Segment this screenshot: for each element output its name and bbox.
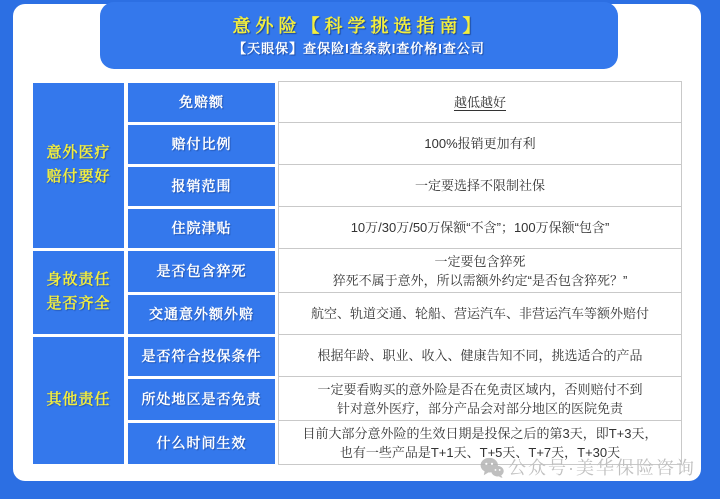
- group-rows: 是否包含猝死一定要包含猝死猝死不属于意外，所以需额外约定“是否包含猝死？”交通意…: [128, 249, 682, 335]
- row-value-line: 10万/30万/50万保额“不含”；100万保额“包含”: [351, 218, 610, 237]
- row-value-line: 一定要选择不限制社保: [415, 176, 545, 195]
- table-row: 交通意外额外赔航空、轨道交通、轮船、营运汽车、非营运汽车等额外赔付: [128, 293, 682, 335]
- row-value-line: 目前大部分意外险的生效日期是投保之后的第3天，即T+3天，: [303, 424, 658, 443]
- row-label: 交通意外额外赔: [128, 295, 275, 334]
- row-value: 越低越好: [278, 81, 682, 123]
- table-row: 报销范围一定要选择不限制社保: [128, 165, 682, 207]
- header-banner: 意外险【科学挑选指南】 【天眼保】查保险I查条款I查价格I查公司: [100, 2, 618, 69]
- row-value-line: 猝死不属于意外，所以需额外约定“是否包含猝死？”: [333, 271, 628, 290]
- table-group: 意外医疗赔付要好免赔额越低越好赔付比例100%报销更加有利报销范围一定要选择不限…: [33, 81, 682, 249]
- row-label: 报销范围: [128, 167, 275, 206]
- row-value-line: 航空、轨道交通、轮船、营运汽车、非营运汽车等额外赔付: [311, 304, 649, 323]
- row-label: 是否符合投保条件: [128, 337, 275, 376]
- row-value-line: 一定要包含猝死: [434, 252, 525, 271]
- row-label: 赔付比例: [128, 125, 275, 164]
- row-label: 免赔额: [128, 83, 275, 122]
- row-value: 100%报销更加有利: [278, 123, 682, 165]
- group-label-line: 赔付要好: [46, 165, 110, 189]
- table-group: 其他责任是否符合投保条件根据年龄、职业、收入、健康告知不同，挑选适合的产品所处地…: [33, 335, 682, 465]
- row-value: 一定要选择不限制社保: [278, 165, 682, 207]
- row-value: 航空、轨道交通、轮船、营运汽车、非营运汽车等额外赔付: [278, 293, 682, 335]
- row-value-line: 越低越好: [454, 93, 506, 112]
- row-value-line: 100%报销更加有利: [424, 134, 535, 153]
- footer-watermark: 公众号·美华保险咨询: [480, 454, 696, 480]
- wechat-icon: [480, 457, 504, 478]
- group-label: 其他责任: [33, 337, 124, 464]
- group-label-line: 意外医疗: [46, 141, 110, 165]
- row-label: 什么时间生效: [128, 423, 275, 464]
- group-label-line: 其他责任: [46, 388, 110, 412]
- page-subtitle: 【天眼保】查保险I查条款I查价格I查公司: [233, 40, 485, 58]
- group-label: 身故责任是否齐全: [33, 251, 124, 334]
- row-value-line: 针对意外医疗，部分产品会对部分地区的医院免责: [337, 399, 623, 418]
- group-rows: 免赔额越低越好赔付比例100%报销更加有利报销范围一定要选择不限制社保住院津贴1…: [128, 81, 682, 249]
- group-rows: 是否符合投保条件根据年龄、职业、收入、健康告知不同，挑选适合的产品所处地区是否免…: [128, 335, 682, 465]
- table-row: 所处地区是否免责一定要看购买的意外险是否在免责区域内，否则赔付不到针对意外医疗，…: [128, 377, 682, 421]
- row-label: 住院津贴: [128, 209, 275, 248]
- group-label-line: 是否齐全: [46, 292, 110, 316]
- row-value-line: 一定要看购买的意外险是否在免责区域内，否则赔付不到: [317, 380, 642, 399]
- row-value: 根据年龄、职业、收入、健康告知不同，挑选适合的产品: [278, 335, 682, 377]
- selection-guide-table: 意外医疗赔付要好免赔额越低越好赔付比例100%报销更加有利报销范围一定要选择不限…: [33, 81, 682, 465]
- table-group: 身故责任是否齐全是否包含猝死一定要包含猝死猝死不属于意外，所以需额外约定“是否包…: [33, 249, 682, 335]
- row-value: 一定要包含猝死猝死不属于意外，所以需额外约定“是否包含猝死？”: [278, 249, 682, 293]
- row-value: 10万/30万/50万保额“不含”；100万保额“包含”: [278, 207, 682, 249]
- watermark-text: 公众号·美华保险咨询: [508, 454, 696, 480]
- group-label: 意外医疗赔付要好: [33, 83, 124, 248]
- table-row: 是否符合投保条件根据年龄、职业、收入、健康告知不同，挑选适合的产品: [128, 335, 682, 377]
- row-label: 是否包含猝死: [128, 251, 275, 292]
- row-value-line: 根据年龄、职业、收入、健康告知不同，挑选适合的产品: [317, 346, 642, 365]
- table-row: 住院津贴10万/30万/50万保额“不含”；100万保额“包含”: [128, 207, 682, 249]
- infographic-page: { "colors": { "background_blue": "#2c6fe…: [0, 0, 720, 499]
- table-row: 免赔额越低越好: [128, 81, 682, 123]
- row-label: 所处地区是否免责: [128, 379, 275, 420]
- page-title: 意外险【科学挑选指南】: [233, 14, 486, 38]
- table-row: 赔付比例100%报销更加有利: [128, 123, 682, 165]
- table-row: 是否包含猝死一定要包含猝死猝死不属于意外，所以需额外约定“是否包含猝死？”: [128, 249, 682, 293]
- infographic-card: 意外险【科学挑选指南】 【天眼保】查保险I查条款I查价格I查公司 意外医疗赔付要…: [13, 4, 701, 481]
- group-label-line: 身故责任: [46, 268, 110, 292]
- row-value: 一定要看购买的意外险是否在免责区域内，否则赔付不到针对意外医疗，部分产品会对部分…: [278, 377, 682, 421]
